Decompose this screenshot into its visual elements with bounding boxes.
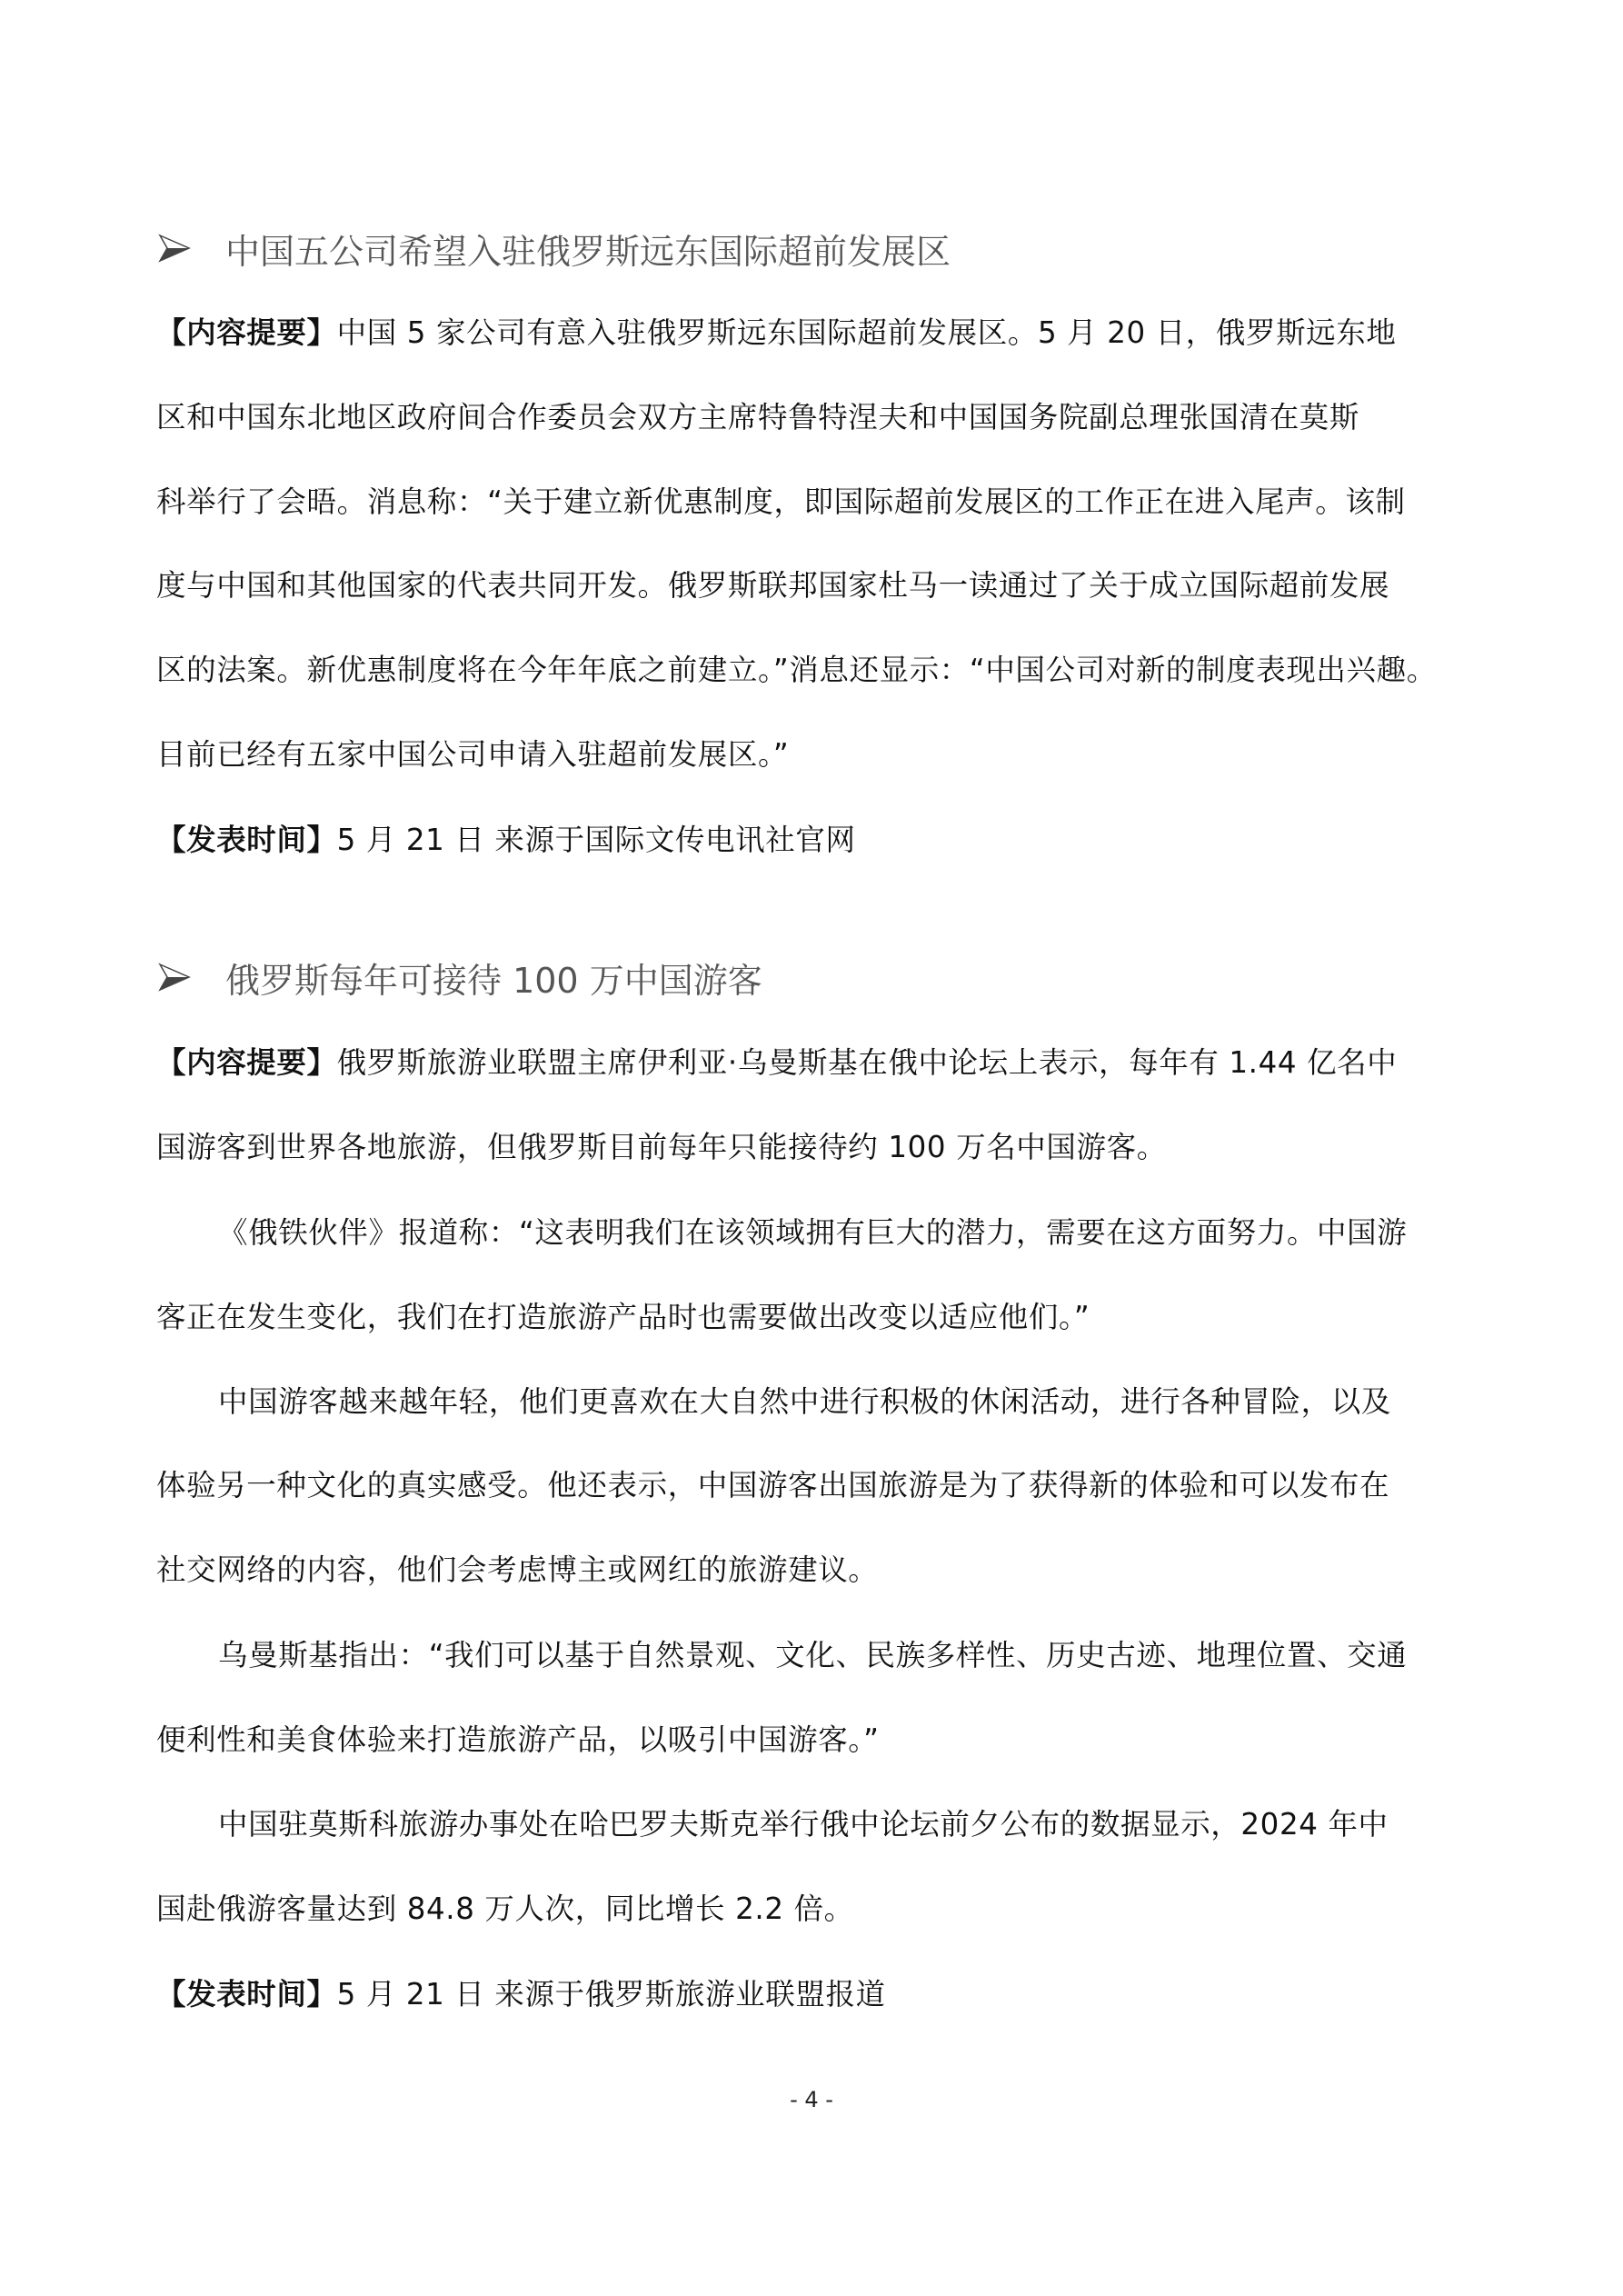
article-2-body-line: 中国游客越来越年轻，他们更喜欢在大自然中进行积极的休闲活动，进行各种冒险，以及 [218,1382,1536,1422]
article-title: 俄罗斯每年可接待 100 万中国游客 [225,953,762,1003]
article-1-body-line: 科举行了会晤。消息称：“关于建立新优惠制度，即国际超前发展区的工作正在进入尾声。… [156,482,1474,522]
article-2-heading: 俄罗斯每年可接待 100 万中国游客 [156,950,762,1004]
article-2-body-line: 国游客到世界各地旅游，但俄罗斯目前每年只能接待约 100 万名中国游客。 [156,1127,1474,1167]
article-2-publish-info: 【发表时间】5 月 21 日 来源于俄罗斯旅游业联盟报道 [156,1974,1474,2014]
article-1-body-line: 区的法案。新优惠制度将在今年年底之前建立。”消息还显示：“中国公司对新的制度表现… [156,650,1474,690]
article-2-body-line: 客正在发生变化，我们在打造旅游产品时也需要做出改变以适应他们。” [156,1297,1474,1337]
publish-label: 【发表时间】 [156,823,337,857]
article-title: 中国五公司希望入驻俄罗斯远东国际超前发展区 [225,224,951,274]
article-1-body-line: 区和中国东北地区政府间合作委员会双方主席特鲁特涅夫和中国国务院副总理张国清在莫斯 [156,397,1474,437]
arrow-bullet-icon [156,230,193,266]
article-2-body-line: 《俄铁伙伴》报道称：“这表明我们在该领域拥有巨大的潜力，需要在这方面努力。中国游 [218,1213,1536,1253]
article-2-body-line: 便利性和美食体验来打造旅游产品，以吸引中国游客。” [156,1720,1474,1760]
article-1-summary-line: 【内容提要】中国 5 家公司有意入驻俄罗斯远东国际超前发展区。5 月 20 日，… [156,313,1474,353]
article-2-body-line: 国赴俄游客量达到 84.8 万人次，同比增长 2.2 倍。 [156,1889,1474,1929]
summary-label: 【内容提要】 [156,315,337,350]
article-1-publish-info: 【发表时间】5 月 21 日 来源于国际文传电讯社官网 [156,820,1474,860]
page-number: - 4 - [0,2087,1623,2112]
article-1-heading: 中国五公司希望入驻俄罗斯远东国际超前发展区 [156,221,951,275]
publish-text: 5 月 21 日 来源于国际文传电讯社官网 [337,823,856,857]
arrow-bullet-icon [156,959,193,995]
publish-text: 5 月 21 日 来源于俄罗斯旅游业联盟报道 [337,1977,886,2011]
article-2-body-line: 乌曼斯基指出：“我们可以基于自然景观、文化、民族多样性、历史古迹、地理位置、交通 [218,1635,1536,1675]
article-2-summary-line: 【内容提要】俄罗斯旅游业联盟主席伊利亚·乌曼斯基在俄中论坛上表示，每年有 1.4… [156,1043,1474,1083]
publish-label: 【发表时间】 [156,1977,337,2011]
document-page: 中国五公司希望入驻俄罗斯远东国际超前发展区 【内容提要】中国 5 家公司有意入驻… [0,0,1623,2296]
article-1-body-line: 目前已经有五家中国公司申请入驻超前发展区。” [156,734,1474,774]
article-1-body-line: 度与中国和其他国家的代表共同开发。俄罗斯联邦国家杜马一读通过了关于成立国际超前发… [156,565,1474,605]
summary-label: 【内容提要】 [156,1045,337,1080]
article-2-body-line: 体验另一种文化的真实感受。他还表示，中国游客出国旅游是为了获得新的体验和可以发布… [156,1465,1474,1505]
article-2-body-line: 社交网络的内容，他们会考虑博主或网红的旅游建议。 [156,1550,1474,1590]
article-2-body-line: 中国驻莫斯科旅游办事处在哈巴罗夫斯克举行俄中论坛前夕公布的数据显示，2024 年… [218,1804,1536,1844]
